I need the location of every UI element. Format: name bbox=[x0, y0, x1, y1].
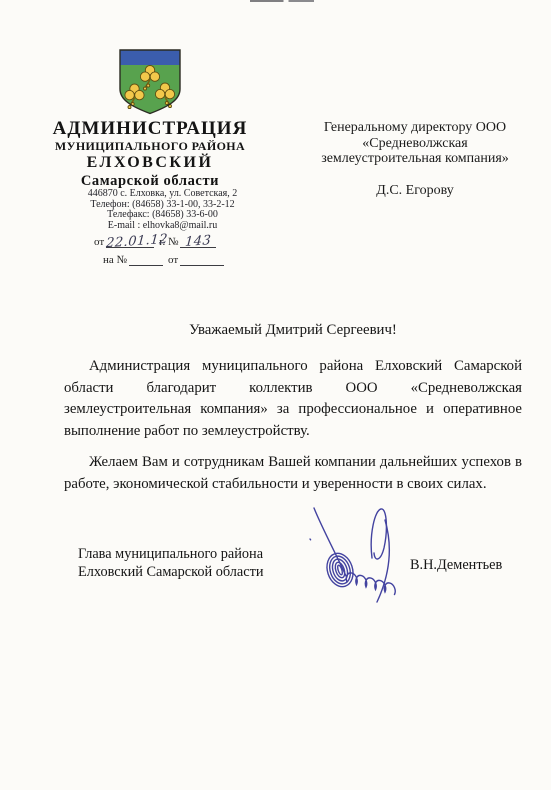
reference-line-out: от 22.01.12 г. № 143 bbox=[94, 234, 224, 248]
handwritten-date: 22.01.12 bbox=[106, 232, 169, 251]
shield-chief bbox=[120, 50, 180, 65]
org-name-line3: ЕЛХОВСКИЙ bbox=[28, 155, 272, 171]
org-name-line1: АДМИНИСТРАЦИЯ bbox=[28, 119, 272, 139]
scan-artifact-line bbox=[250, 0, 314, 2]
org-email: E-mail : elhovka8@mail.ru bbox=[40, 221, 285, 232]
signer-title-line1: Глава муниципального района bbox=[78, 546, 264, 564]
letterhead-org-block: АДМИНИСТРАЦИЯ МУНИЦИПАЛЬНОГО РАЙОНА ЕЛХО… bbox=[28, 119, 272, 189]
salutation: Уважаемый Дмитрий Сергеевич! bbox=[64, 320, 522, 342]
recipient-block: Генеральному директору ООО «Средневолжск… bbox=[298, 120, 532, 198]
signer-title-line2: Елховский Самарской области bbox=[78, 564, 264, 582]
org-address: 446870 с. Елховка, ул. Советская, 2 bbox=[40, 189, 285, 200]
org-name-line4: Самарской области bbox=[28, 173, 272, 189]
letterhead-contact-block: 446870 с. Елховка, ул. Советская, 2 Теле… bbox=[40, 189, 285, 231]
handwritten-number: 143 bbox=[185, 233, 212, 250]
letter-page: АДМИНИСТРАЦИЯ МУНИЦИПАЛЬНОГО РАЙОНА ЕЛХО… bbox=[0, 0, 551, 790]
coat-of-arms-icon bbox=[118, 48, 182, 116]
recipient-line3: землеустроительная компания» bbox=[298, 151, 532, 167]
ref-number-field: 143 bbox=[180, 234, 216, 248]
signer-name: В.Н.Дементьев bbox=[410, 557, 502, 574]
recipient-name: Д.С. Егорову bbox=[298, 183, 532, 199]
reference-line-reply: на № от bbox=[103, 252, 224, 266]
org-name-line2: МУНИЦИПАЛЬНОГО РАЙОНА bbox=[28, 140, 272, 152]
ref-reply-number-field bbox=[129, 252, 163, 266]
body-paragraph-2: Желаем Вам и сотрудникам Вашей компании … bbox=[64, 452, 522, 496]
body-paragraph-1: Администрация муниципального района Елхо… bbox=[64, 356, 522, 443]
ref-reply-na-label: на № bbox=[103, 254, 129, 266]
recipient-line1: Генеральному директору ООО bbox=[298, 120, 532, 136]
ref-reply-ot-label: от bbox=[163, 254, 180, 266]
letter-body: Уважаемый Дмитрий Сергеевич! Администрац… bbox=[64, 320, 522, 505]
recipient-line2: «Средневолжская bbox=[298, 136, 532, 152]
signer-title-block: Глава муниципального района Елховский Са… bbox=[78, 546, 264, 581]
reference-block: от 22.01.12 г. № 143 на № от bbox=[94, 234, 224, 266]
handwritten-signature bbox=[300, 496, 418, 610]
ref-reply-date-field bbox=[180, 252, 224, 266]
ref-date-field: 22.01.12 bbox=[106, 234, 154, 248]
ref-from-label: от bbox=[94, 236, 106, 248]
